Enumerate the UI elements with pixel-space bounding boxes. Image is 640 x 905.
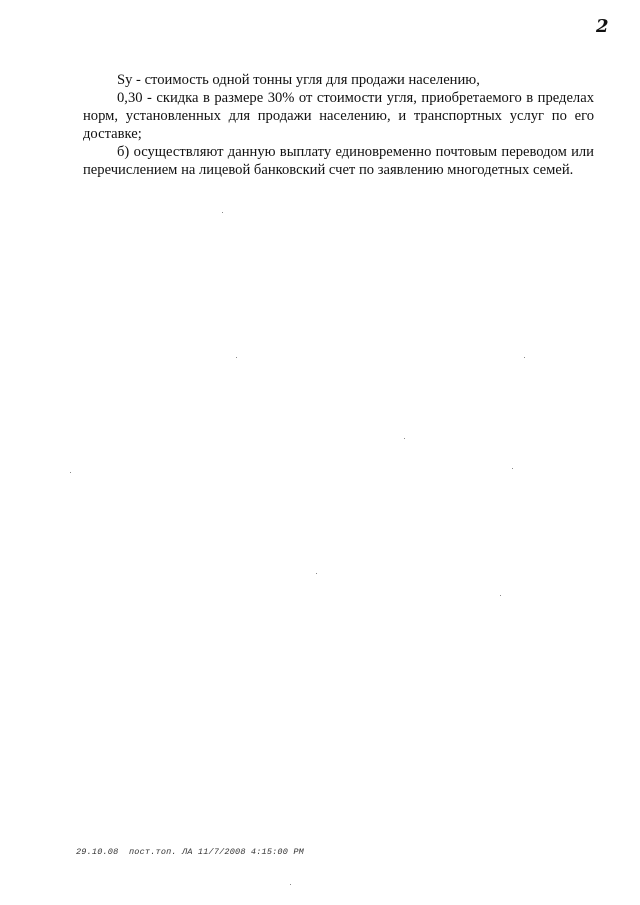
scan-speck: [316, 573, 317, 574]
paragraph-sy-definition: Sy - стоимость одной тонны угля для прод…: [83, 71, 594, 89]
scan-speck: [222, 212, 223, 213]
scan-speck: [404, 438, 405, 439]
scan-speck: [236, 357, 237, 358]
document-page: 2 Sy - стоимость одной тонны угля для пр…: [0, 0, 640, 905]
scan-speck: [524, 357, 525, 358]
paragraph-payment-method: б) осуществляют данную выплату единоврем…: [83, 143, 594, 179]
paragraph-discount-definition: 0,30 - скидка в размере 30% от стоимости…: [83, 89, 594, 143]
document-footer: 29.10.08 пост.топ. ЛА 11/7/2008 4:15:00 …: [76, 847, 304, 857]
scan-speck: [500, 595, 501, 596]
scan-speck: [290, 884, 291, 885]
document-body: Sy - стоимость одной тонны угля для прод…: [83, 71, 594, 179]
scan-speck: [512, 468, 513, 469]
page-number: 2: [596, 16, 609, 37]
scan-speck: [70, 472, 71, 473]
